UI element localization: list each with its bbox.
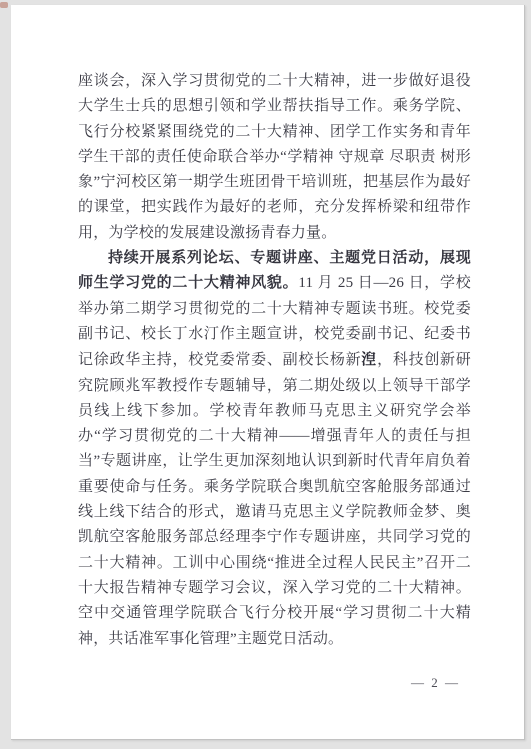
paragraph-second: 持续开展系列论坛、专题讲座、主题党日活动，展现师生学习党的二十大精神风貌。11 … xyxy=(78,246,471,652)
document-body-text: 座谈会，深入学习贯彻党的二十大精神，进一步做好退役大学生士兵的思想引领和学业帮扶… xyxy=(78,69,471,652)
paragraph-continued: 座谈会，深入学习贯彻党的二十大精神，进一步做好退役大学生士兵的思想引领和学业帮扶… xyxy=(78,69,471,246)
paragraph-continued-text: 座谈会，深入学习贯彻党的二十大精神，进一步做好退役大学生士兵的思想引领和学业帮扶… xyxy=(78,73,471,241)
corner-stain-mark xyxy=(0,2,8,8)
paragraph-second-run2: ，科技创新研究院顾兆军教授作专题辅导，第二期处级以上领导干部学员线上线下参加。学… xyxy=(78,352,471,646)
rare-character-fallback-glyph: 湼 xyxy=(361,350,377,368)
document-page: 座谈会，深入学习贯彻党的二十大精神，进一步做好退役大学生士兵的思想引领和学业帮扶… xyxy=(11,5,525,740)
page-number: — 2 — xyxy=(411,675,460,691)
